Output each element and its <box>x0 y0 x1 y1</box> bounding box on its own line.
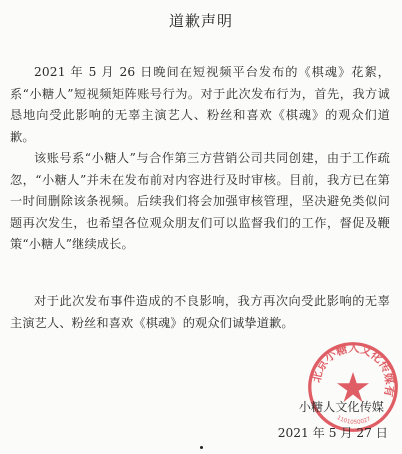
stray-dot <box>200 446 203 449</box>
paragraph-closing: 对于此次发布事件造成的不良影响，我方再次向受此影响的无辜主演艺人、粉丝和喜欢《棋… <box>10 291 390 334</box>
paragraph-explanation: 该账号系“小糖人”与合作第三方营销公司共同创建，由于工作疏忽，“小糖人”并未在发… <box>10 148 390 256</box>
company-seal-icon: 北京小糖人文化传媒有限公司 1101050027 <box>306 340 400 434</box>
signer-name: 小糖人文化传媒 <box>299 398 384 415</box>
signature-date: 2021 年 5 月 27 日 <box>278 424 388 441</box>
paragraph-apology: 2021 年 5 月 26 日晚间在短视频平台发布的《棋魂》花絮，系“小糖人”短… <box>10 62 390 148</box>
page-title: 道歉声明 <box>0 10 402 31</box>
